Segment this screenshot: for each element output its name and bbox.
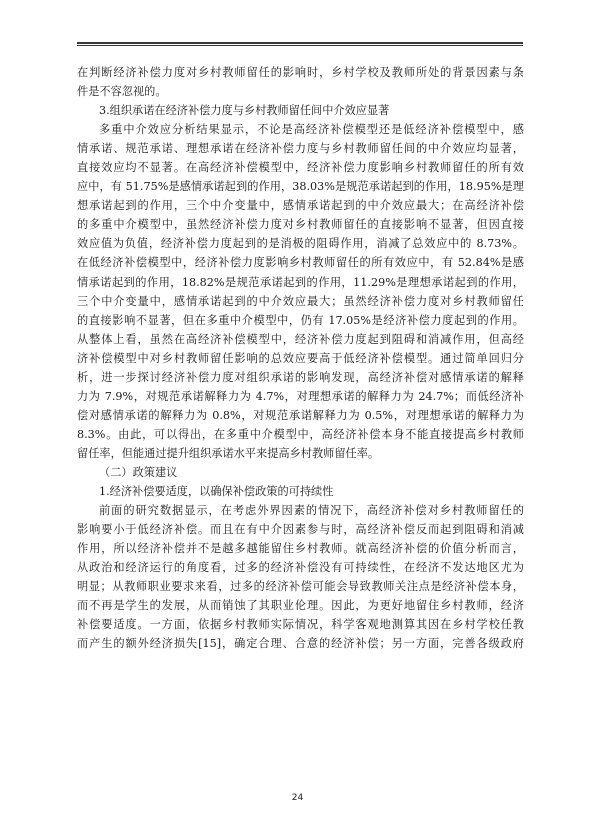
text-line: 件是不容忽视的。 xyxy=(77,82,524,101)
text-line: 偿对感情承诺的解释力为 0.8%，对规范承诺解释力为 0.5%，对理想承诺的解释… xyxy=(77,406,524,425)
text-line: 力为 7.9%，对规范承诺解释力为 4.7%，对理想承诺的解释力为 24.7%；… xyxy=(77,387,524,406)
text-line: 情承诺、规范承诺、理想承诺在经济补偿力度与乡村教师留任间的中介效应均显著， xyxy=(77,139,524,158)
text-line: 的直接影响不显著，但在多重中介模型中，仍有 17.05%是经济补偿力度起到的作用… xyxy=(77,311,524,330)
text-line: 从整体上看，虽然在高经济补偿模型中，经济补偿力度起到阻碍和消减作用，但高经 xyxy=(77,330,524,349)
text-line: 而不再是学生的发展，从而销蚀了其职业伦理。因此，为更好地留住乡村教师，经济 xyxy=(77,596,524,615)
text-line: 情承诺起到的作用，18.82%是规范承诺起到的作用，11.29%是理想承诺起到的… xyxy=(77,273,524,292)
text-line: 留任率，但能通过提升组织承诺水平来提高乡村教师留任率。 xyxy=(77,444,524,463)
section-heading-3: 3.组织承诺在经济补偿力度与乡村教师留任间中介效应显著 xyxy=(77,101,524,120)
text-line: 从政治和经济运行的角度看，过多的经济补偿没有可持续性，在经济不发达地区尤为 xyxy=(77,558,524,577)
text-line: 作用，所以经济补偿并不是越多越能留住乡村教师。就高经济补偿的价值分析而言， xyxy=(77,539,524,558)
text-line: 影响要小于低经济补偿。而且在有中介因素参与时，高经济补偿反而起到阻碍和消减 xyxy=(77,520,524,539)
text-line: 的多重中介模型中，虽然经济补偿力度对乡村教师留任的直接影响不显著，但因直接 xyxy=(77,215,524,234)
subsection-heading-1: 1.经济补偿要适度，以确保补偿政策的可持续性 xyxy=(77,482,524,501)
header-double-rule xyxy=(77,42,523,46)
text-line: 析，进一步探讨经济补偿力度对组织承诺的影响发现，高经济补偿对感情承诺的解释 xyxy=(77,368,524,387)
text-line: 而产生的额外经济损失[15]，确定合理、合意的经济补偿；另一方面，完善各级政府 xyxy=(77,634,524,653)
text-line: 多重中介效应分析结果显示，不论是高经济补偿模型还是低经济补偿模型中，感 xyxy=(77,120,524,139)
text-line: 应中，有 51.75%是感情承诺起到的作用，38.03%是规范承诺起到的作用，1… xyxy=(77,177,524,196)
text-line: 8.3%。由此，可以得出，在多重中介模型中，高经济补偿本身不能直接提高乡村教师 xyxy=(77,425,524,444)
section-heading-policy: （二）政策建议 xyxy=(77,463,524,482)
text-line: 效应值为负值，经济补偿力度起到的是消极的阻碍作用，消减了总效应中的 8.73%。 xyxy=(77,234,524,253)
text-line: 明显；从教师职业要求来看，过多的经济补偿可能会导致教师关注点是经济补偿本身， xyxy=(77,577,524,596)
text-line: 前面的研究数据显示，在考虑外界因素的情况下，高经济补偿对乡村教师留任的 xyxy=(77,501,524,520)
text-line: 补偿要适度。一方面，依据乡村教师实际情况，科学客观地测算其因在乡村学校任教 xyxy=(77,615,524,634)
text-line: 在判断经济补偿力度对乡村教师留任的影响时，乡村学校及教师所处的背景因素与条 xyxy=(77,63,524,82)
page-body: 在判断经济补偿力度对乡村教师留任的影响时，乡村学校及教师所处的背景因素与条 件是… xyxy=(77,63,524,653)
text-line: 三个中介变量中，感情承诺起到的中介效应最大；虽然经济补偿力度对乡村教师留任 xyxy=(77,292,524,311)
text-line: 在低经济补偿模型中，经济补偿力度影响乡村教师留任的所有效应中，有 52.84%是… xyxy=(77,253,524,272)
page-number: 24 xyxy=(0,793,595,803)
text-line: 济补偿模型中对乡村教师留任影响的总效应要高于低经济补偿模型。通过简单回归分 xyxy=(77,349,524,368)
text-line: 直接效应均不显著。在高经济补偿模型中，经济补偿力度影响乡村教师留任的所有效 xyxy=(77,158,524,177)
text-line: 想承诺起到的作用，三个中介变量中，感情承诺起到的中介效应最大；在高经济补偿 xyxy=(77,196,524,215)
